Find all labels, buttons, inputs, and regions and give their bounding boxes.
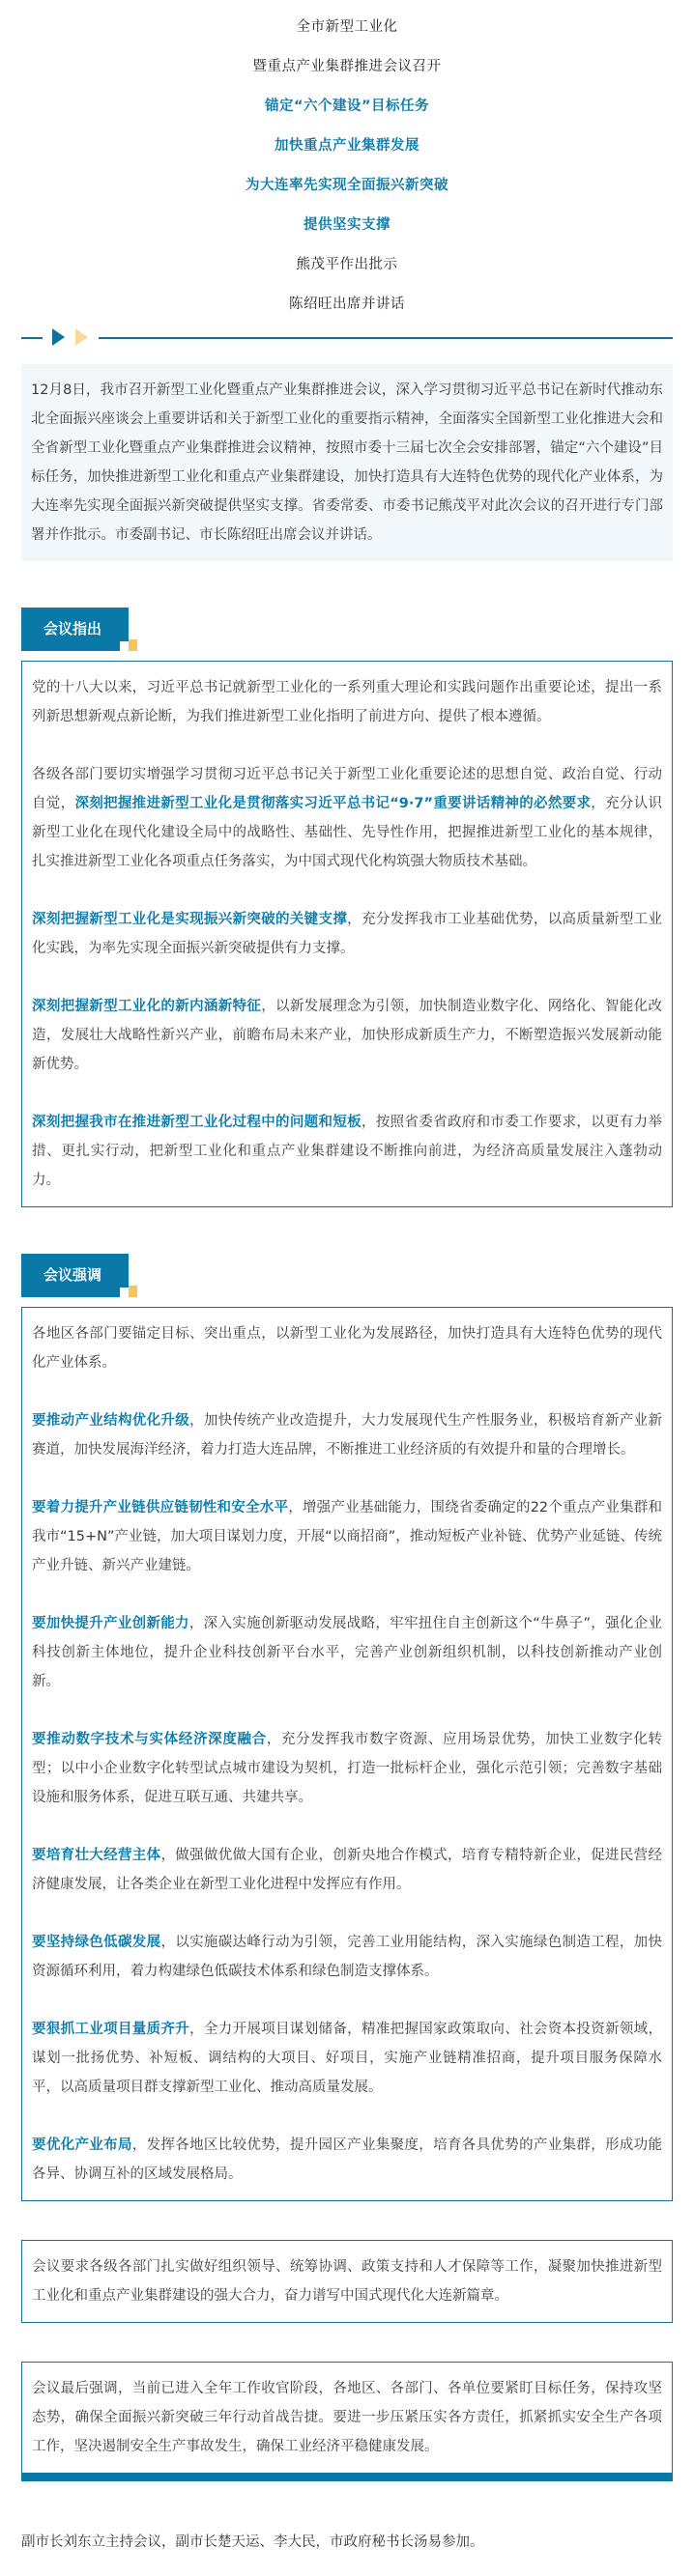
paragraph-highlight: 要加快提升产业创新能力: [32, 1616, 189, 1631]
section-tag-meeting-emphasized: 会议强调: [21, 1254, 673, 1292]
headline-line-6: 提供坚实支撑: [0, 215, 694, 235]
paragraph-highlight: 深刻把握新型工业化是实现振兴新突破的关键支撑: [32, 912, 347, 927]
section-box-meeting-pointed-out: 党的十八大以来，习近平总书记就新型工业化的一系列重大理论和实践问题作出重要论述，…: [21, 661, 673, 1207]
headline-line-3: 锚定“六个建设”目标任务: [0, 97, 694, 116]
tag-corner-yellow-square-icon: [129, 639, 137, 651]
paragraph: 深刻把握我市在推进新型工业化过程中的问题和短板，按照省委省政府和市委工作要求，以…: [32, 1108, 662, 1195]
paragraph-highlight: 要着力提升产业链供应链韧性和安全水平: [32, 1500, 288, 1515]
paragraph-highlight: 深刻把握我市在推进新型工业化过程中的问题和短板: [32, 1115, 361, 1130]
intro-paragraph: 12月8日，我市召开新型工业化暨重点产业集群推进会议，深入学习贯彻习近平总书记在…: [31, 376, 663, 550]
divider-line-left: [21, 337, 43, 339]
section-tag-meeting-pointed-out: 会议指出: [21, 608, 673, 646]
paragraph-highlight: 要狠抓工业项目量质齐升: [32, 2022, 189, 2037]
paragraph: 党的十八大以来，习近平总书记就新型工业化的一系列重大理论和实践问题作出重要论述，…: [32, 673, 662, 731]
paragraph: 会议最后强调，当前已进入全年工作收官阶段，各地区、各部门、各单位要紧盯目标任务，…: [32, 2374, 662, 2461]
paragraph-highlight: 深刻把握新型工业化的新内涵新特征: [32, 999, 261, 1014]
divider-line-right: [99, 337, 673, 339]
paragraph: 各地区各部门要锚定目标、突出重点，以新型工业化为发展路径，加快打造具有大连特色优…: [32, 1319, 662, 1377]
paragraph-highlight: 深刻把握推进新型工业化是贯彻落实习近平总书记“9·7”重要讲话精神的必然要求: [74, 796, 591, 811]
section-box-meeting-requirements: 会议要求各级各部门扎实做好组织领导、统筹协调、政策支持和人才保障等工作，凝聚加快…: [21, 2240, 673, 2323]
headline-line-7: 熊茂平作出批示: [0, 255, 694, 274]
paragraph: 深刻把握新型工业化的新内涵新特征，以新发展理念为引领，加快制造业数字化、网络化、…: [32, 992, 662, 1079]
paragraph-highlight: 要坚持绿色低碳发展: [32, 1935, 160, 1950]
play-arrow-blue-icon: [52, 328, 65, 346]
section-tag-label: 会议强调: [21, 1254, 129, 1297]
paragraph-highlight: 要培育壮大经营主体: [32, 1848, 160, 1863]
paragraph: 要推动产业结构优化升级，加快传统产业改造提升，大力发展现代生产性服务业，积极培育…: [32, 1406, 662, 1464]
paragraph-text: 各地区各部门要锚定目标、突出重点，以新型工业化为发展路径，加快打造具有大连特色优…: [32, 1326, 662, 1371]
paragraph: 要着力提升产业链供应链韧性和安全水平，增强产业基础能力，围绕省委确定的22个重点…: [32, 1493, 662, 1580]
paragraph-text: 党的十八大以来，习近平总书记就新型工业化的一系列重大理论和实践问题作出重要论述，…: [32, 680, 662, 724]
paragraph: 要优化产业布局，发挥各地区比较优势，提升园区产业集聚度，培育各具优势的产业集群，…: [32, 2131, 662, 2189]
play-arrow-yellow-icon: [75, 328, 88, 346]
section-tag-label: 会议指出: [21, 608, 129, 651]
article: 全市新型工业化 暨重点产业集群推进会议召开 锚定“六个建设”目标任务 加快重点产…: [0, 0, 694, 2576]
section-box-meeting-emphasized: 各地区各部门要锚定目标、突出重点，以新型工业化为发展路径，加快打造具有大连特色优…: [21, 1307, 673, 2201]
paragraph: 要坚持绿色低碳发展，以实施碳达峰行动为引领，完善工业用能结构，深入实施绿色制造工…: [32, 1928, 662, 1986]
paragraph: 深刻把握新型工业化是实现振兴新突破的关键支撑，充分发挥我市工业基础优势，以高质量…: [32, 905, 662, 963]
footer-paragraph: 副市长刘东立主持会议，副市长楚天运、李大民，市政府秘书长汤易参加。: [21, 2528, 673, 2557]
paragraph-highlight: 要推动数字技术与实体经济深度融合: [32, 1732, 267, 1747]
paragraph: 要加快提升产业创新能力，深入实施创新驱动发展战略，牢牢扭住自主创新这个“牛鼻子”…: [32, 1609, 662, 1696]
tag-corner-yellow-square-icon: [129, 1286, 137, 1297]
paragraph: 要狠抓工业项目量质齐升，全力开展项目谋划储备，精准把握国家政策取向、社会资本投资…: [32, 2015, 662, 2102]
paragraph: 各级各部门要切实增强学习贯彻习近平总书记关于新型工业化重要论述的思想自觉、政治自…: [32, 760, 662, 876]
headline-line-2: 暨重点产业集群推进会议召开: [0, 57, 694, 76]
paragraph: 要培育壮大经营主体，做强做优做大国有企业，创新央地合作模式，培育专精特新企业，促…: [32, 1841, 662, 1899]
paragraph-highlight: 要优化产业布局: [32, 2137, 132, 2153]
paragraph: 会议要求各级各部门扎实做好组织领导、统筹协调、政策支持和人才保障等工作，凝聚加快…: [32, 2252, 662, 2310]
headline-line-4: 加快重点产业集群发展: [0, 136, 694, 156]
paragraph-highlight: 要推动产业结构优化升级: [32, 1413, 189, 1429]
headline-line-1: 全市新型工业化: [0, 17, 694, 37]
headline-block: 全市新型工业化 暨重点产业集群推进会议召开 锚定“六个建设”目标任务 加快重点产…: [0, 17, 694, 314]
headline-line-5: 为大连率先实现全面振兴新突破: [0, 176, 694, 195]
article-footer: 副市长刘东立主持会议，副市长楚天运、李大民，市政府秘书长汤易参加。: [21, 2528, 673, 2557]
section-divider: [21, 327, 673, 347]
intro-box: 12月8日，我市召开新型工业化暨重点产业集群推进会议，深入学习贯彻习近平总书记在…: [21, 364, 673, 561]
paragraph: 要推动数字技术与实体经济深度融合，充分发挥我市数字资源、应用场景优势，加快工业数…: [32, 1725, 662, 1812]
section-box-meeting-final-emphasis: 会议最后强调，当前已进入全年工作收官阶段，各地区、各部门、各单位要紧盯目标任务，…: [21, 2362, 673, 2481]
headline-line-8: 陈绍旺出席并讲话: [0, 295, 694, 314]
